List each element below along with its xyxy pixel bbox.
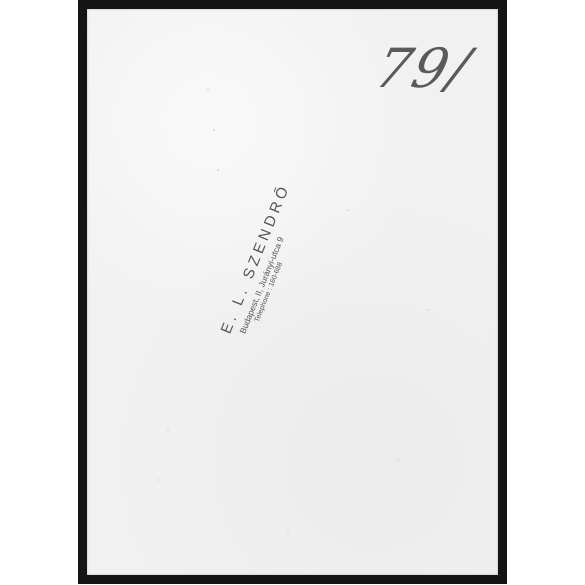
- photo-border: 79/ E. L. SZENDRŐ Budapest, II, Jurányi-…: [78, 0, 507, 584]
- photographer-stamp: E. L. SZENDRŐ Budapest, II, Jurányi-utca…: [218, 172, 347, 356]
- photo-back: 79/ E. L. SZENDRŐ Budapest, II, Jurányi-…: [87, 9, 498, 575]
- handwritten-number: 79/: [369, 37, 478, 100]
